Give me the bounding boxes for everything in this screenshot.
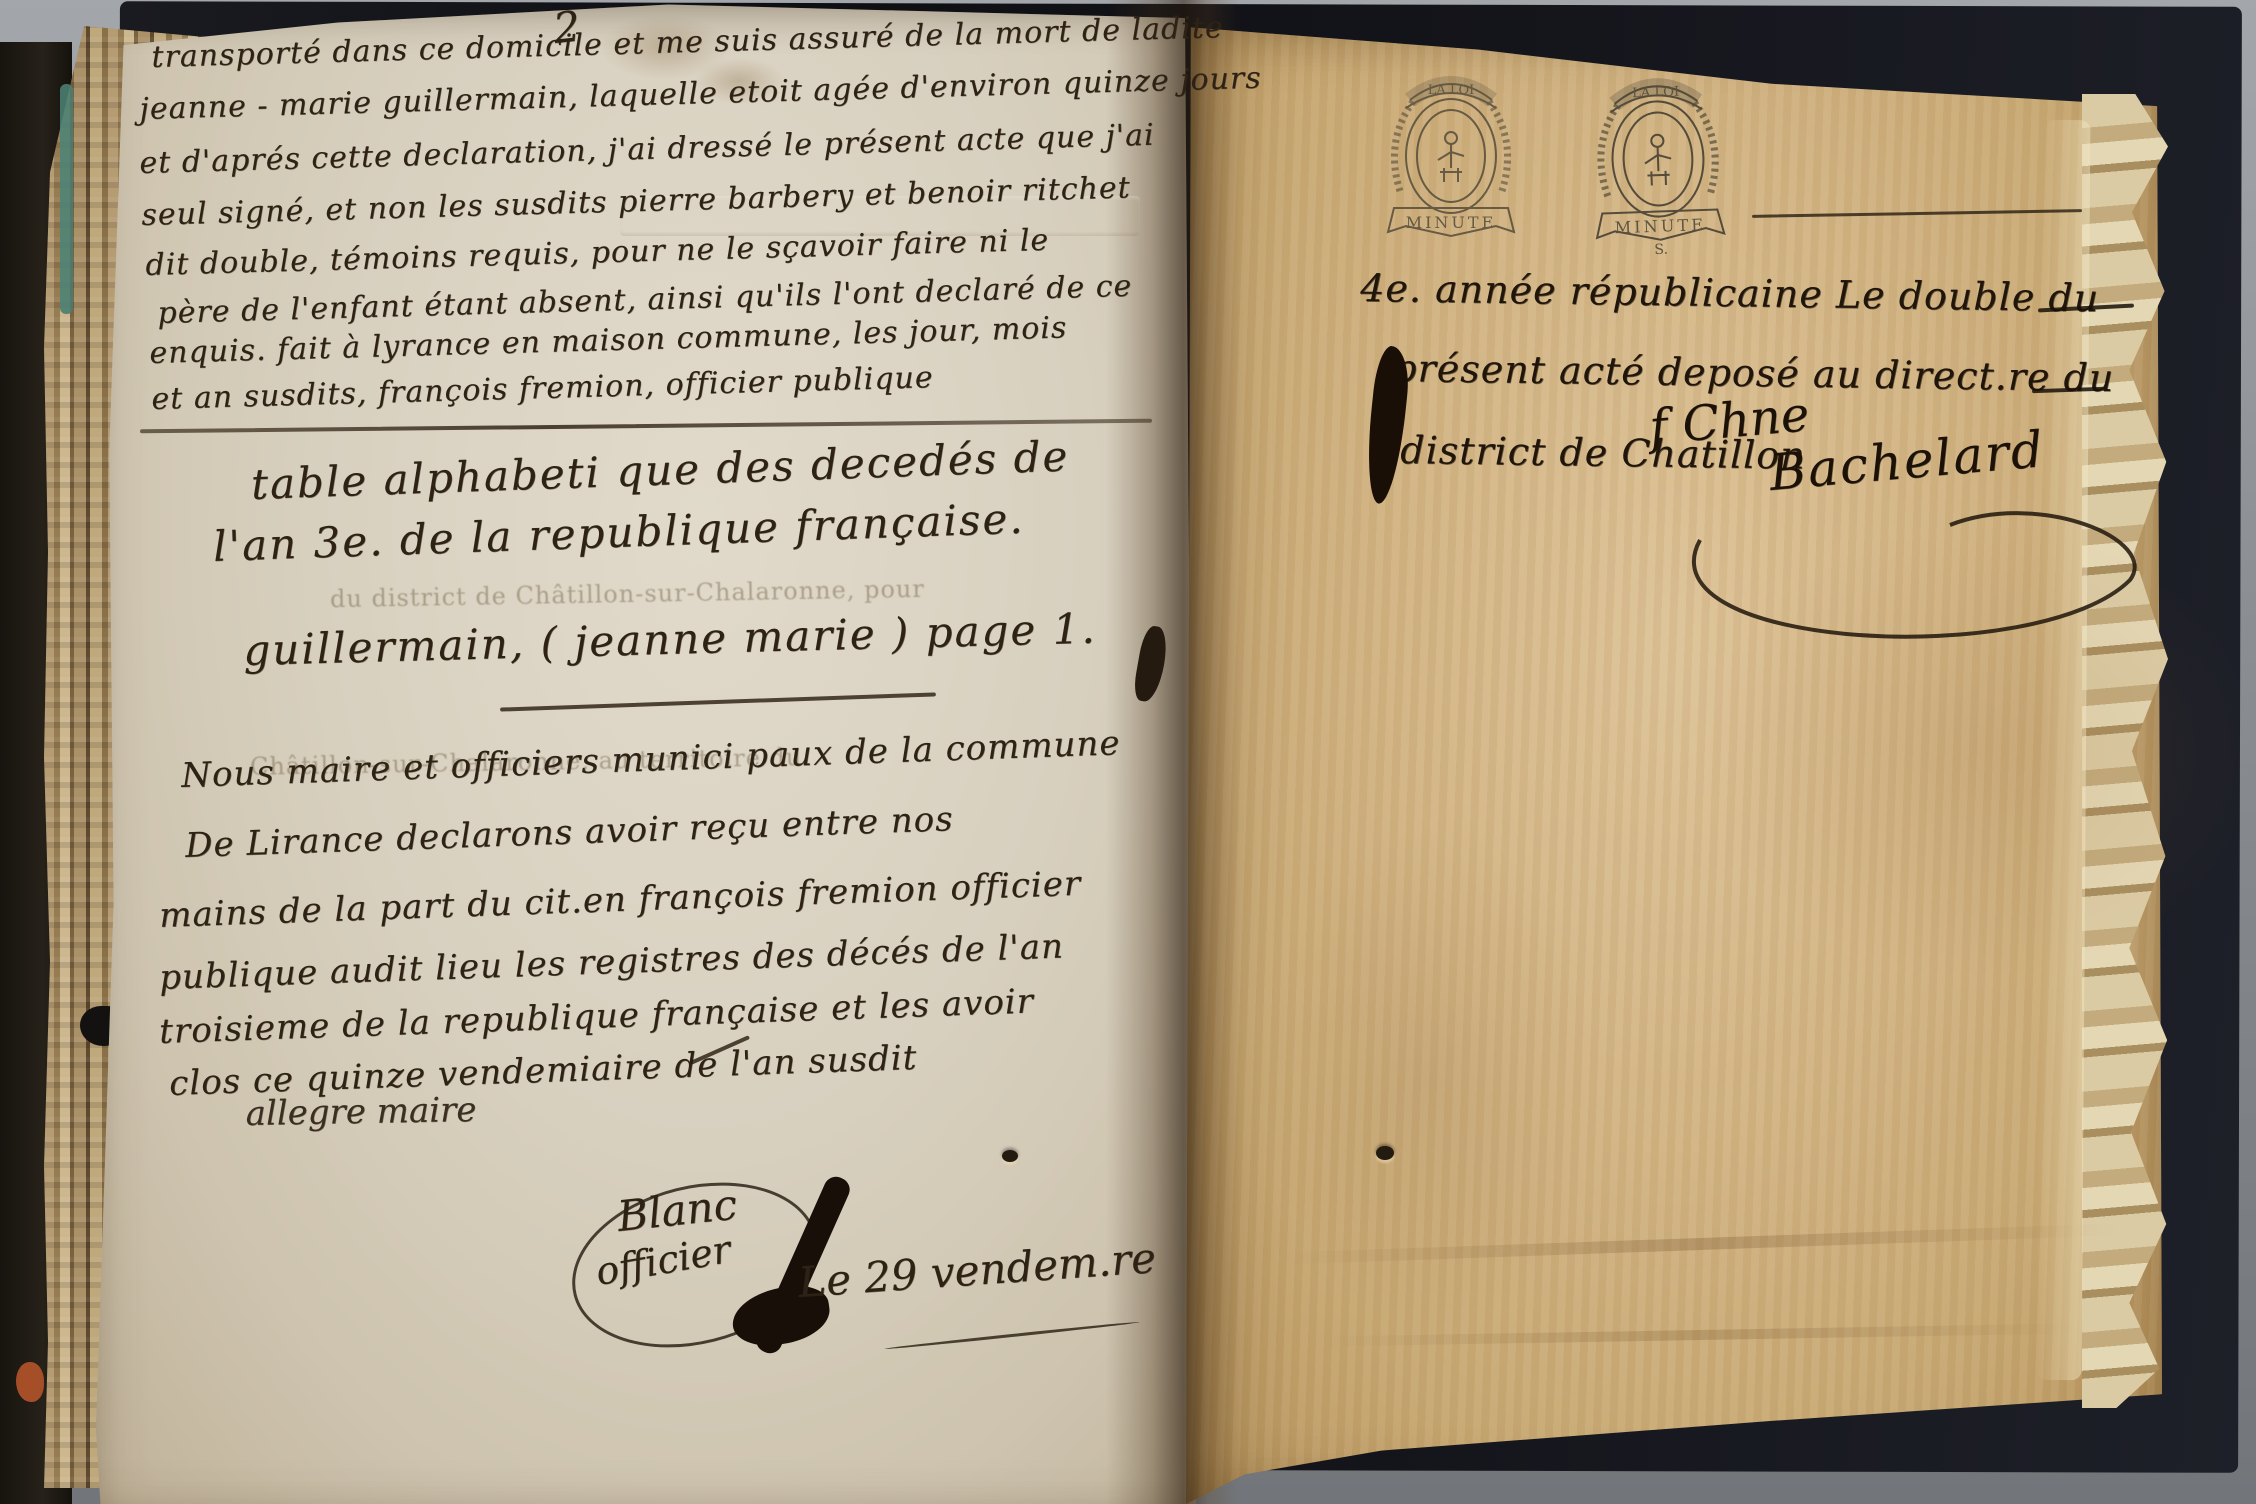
photograph-open-register-book: du district de Châtillon-sur-Chalaronne,… — [0, 0, 2256, 1504]
signature-flourish — [1620, 420, 2180, 680]
worm-hole — [1002, 1150, 1018, 1162]
stamp-banner-text: MINUTE — [1614, 215, 1706, 237]
revenue-stamp: LA LOI MINUTE — [1380, 56, 1522, 256]
orange-spot-on-cover — [16, 1362, 44, 1402]
teal-binding-strip — [60, 84, 73, 314]
mayor-signature: allegre maire — [245, 1090, 477, 1134]
stamp-banner-text: MINUTE — [1406, 213, 1497, 232]
stamp-sub-text: S. — [1654, 242, 1668, 258]
worm-hole — [1376, 1146, 1394, 1160]
stamp-ribbon-text: LA LOI — [1428, 83, 1475, 98]
revenue-stamp: LA LOI MINUTE S. — [1569, 55, 1748, 263]
stamp-ribbon-text: LA LOI — [1632, 85, 1680, 102]
